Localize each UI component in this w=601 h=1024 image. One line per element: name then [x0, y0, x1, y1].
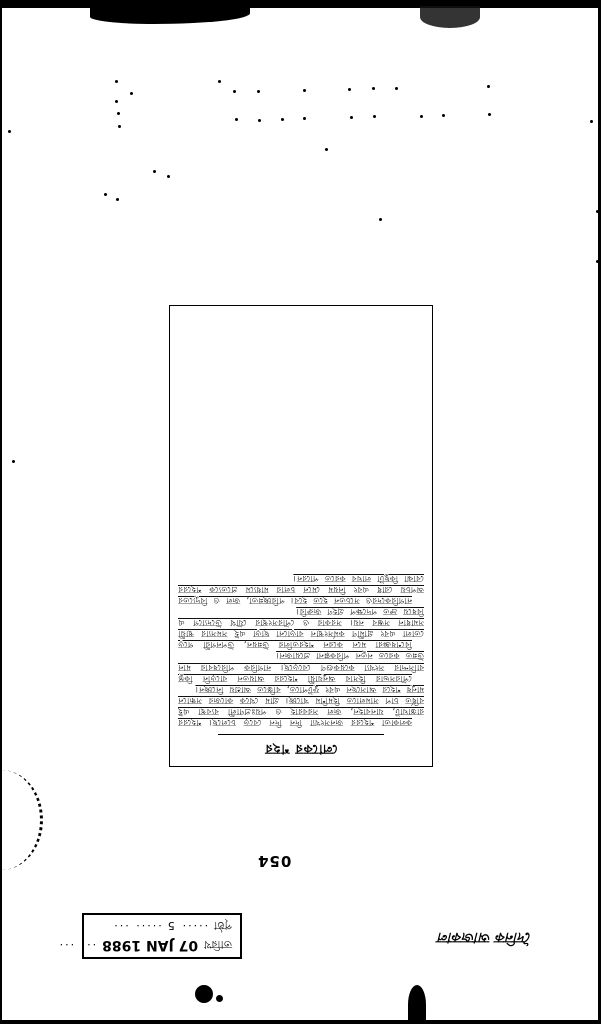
clipping-paragraph: নাগরিকদেরও সচেতন হতে হবে। পরিচ্ছন্নতা, জ… [178, 573, 424, 606]
clipping-paragraph: বিশেষজ্ঞরা মনে করেন শহরতলির উন্নয়ন, উপন… [178, 606, 424, 650]
stamp-dots: ··· ··· [58, 938, 96, 951]
stamp-page-row: পৃষ্ঠা ····· 5 ····· ··· [92, 915, 232, 934]
ink-blot [216, 995, 223, 1002]
stamp-page-label: পৃষ্ঠা [214, 915, 232, 934]
stamp-dots: ····· ··· [112, 919, 161, 932]
stamp-date-row: তারিখ 07 JAN 1988 ··· ··· [92, 934, 232, 953]
stamp-date-label: তারিখ [204, 934, 232, 953]
scan-edge-left [0, 0, 2, 1024]
stamp-date: 07 JAN 1988 [102, 937, 198, 953]
stamp-dots: ····· [181, 919, 208, 932]
clipping-headline: লোকের শহর [218, 734, 384, 758]
date-stamp: তারিখ 07 JAN 1988 ··· ··· পৃষ্ঠা ····· 5… [82, 913, 242, 959]
scan-blot [420, 6, 480, 28]
clipping-content: লোকের শহর কলকাতা শহরের জনসংখ্যা দিন দিন … [170, 306, 432, 766]
page-number: 054 [257, 852, 291, 870]
stamp-page-value: 5 [168, 919, 175, 932]
newspaper-clipping: লোকের শহর কলকাতা শহরের জনসংখ্যা দিন দিন … [169, 305, 433, 767]
scan-edge-bottom [0, 1020, 601, 1024]
ink-blot [195, 985, 213, 1003]
clipping-paragraph: পৌরসভার হিসাব অনুযায়ী শহরের আয়তন বাড়ে… [178, 650, 424, 683]
scan-blot [90, 6, 250, 24]
ink-blot [408, 985, 426, 1024]
clipping-paragraph: কলকাতা শহরের জনসংখ্যা দিন দিন বেড়ে চলেছ… [178, 684, 424, 728]
handwritten-source-note: দৈনিক আজকাল [438, 925, 531, 949]
scan-artifact-arc [0, 770, 43, 870]
